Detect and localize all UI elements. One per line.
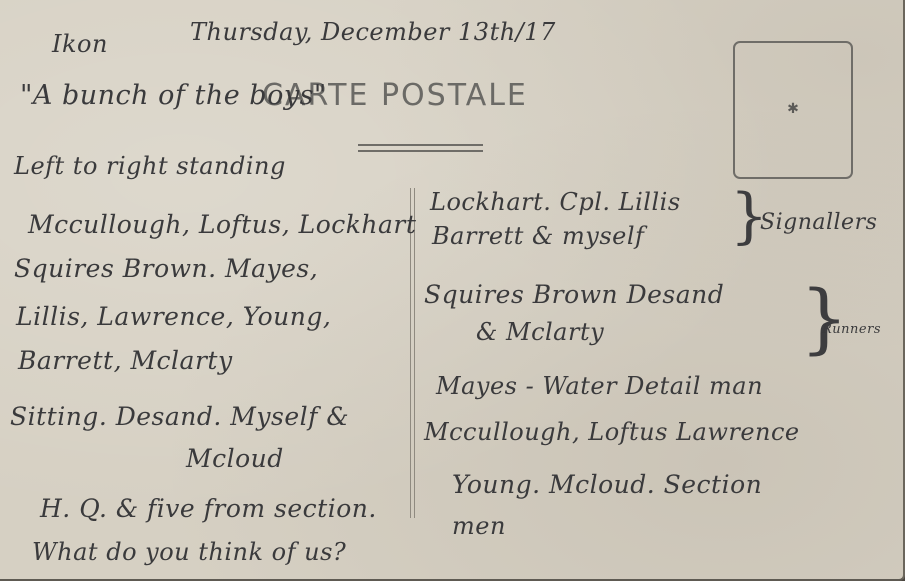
- photo-caption: "A bunch of the boys": [20, 80, 327, 111]
- runners-label: Runners: [822, 322, 881, 337]
- runners-brace: }: [800, 280, 848, 356]
- left-line-8: H. Q. & five from section.: [40, 494, 377, 523]
- postcard-back: Ikon Thursday, December 13th/17 "A bunch…: [0, 0, 905, 581]
- left-line-1: Left to right standing: [14, 152, 286, 180]
- signallers-line-1: Lockhart. Cpl. Lillis: [430, 188, 681, 216]
- date-line: Thursday, December 13th/17: [190, 18, 556, 46]
- signallers-label: Signallers: [760, 210, 877, 235]
- left-line-4: Lillis, Lawrence, Young,: [16, 302, 331, 331]
- right-line-1: Mayes - Water Detail man: [436, 372, 763, 400]
- signallers-line-2: Barrett & myself: [432, 222, 644, 250]
- stamp-box: ✱: [733, 41, 853, 179]
- runners-line-2: & Mclarty: [476, 318, 604, 346]
- right-line-4: men: [452, 512, 506, 540]
- left-line-5: Barrett, Mclarty: [18, 346, 233, 375]
- title-rule-top: [358, 144, 483, 146]
- title-rule-bottom: [358, 150, 483, 152]
- runners-line-1: Squires Brown Desand: [424, 280, 724, 309]
- left-line-3: Squires Brown. Mayes,: [14, 254, 318, 283]
- six-point-star-icon: ✱: [787, 103, 799, 117]
- left-line-6: Sitting. Desand. Myself &: [10, 402, 349, 431]
- left-line-7: Mcloud: [186, 444, 284, 473]
- right-line-2: Mccullough, Loftus Lawrence: [424, 418, 800, 446]
- place-name: Ikon: [52, 30, 108, 58]
- left-line-9: What do you think of us?: [32, 538, 346, 566]
- left-line-2: Mccullough, Loftus, Lockhart: [28, 210, 416, 239]
- right-line-3: Young. Mcloud. Section: [452, 470, 762, 499]
